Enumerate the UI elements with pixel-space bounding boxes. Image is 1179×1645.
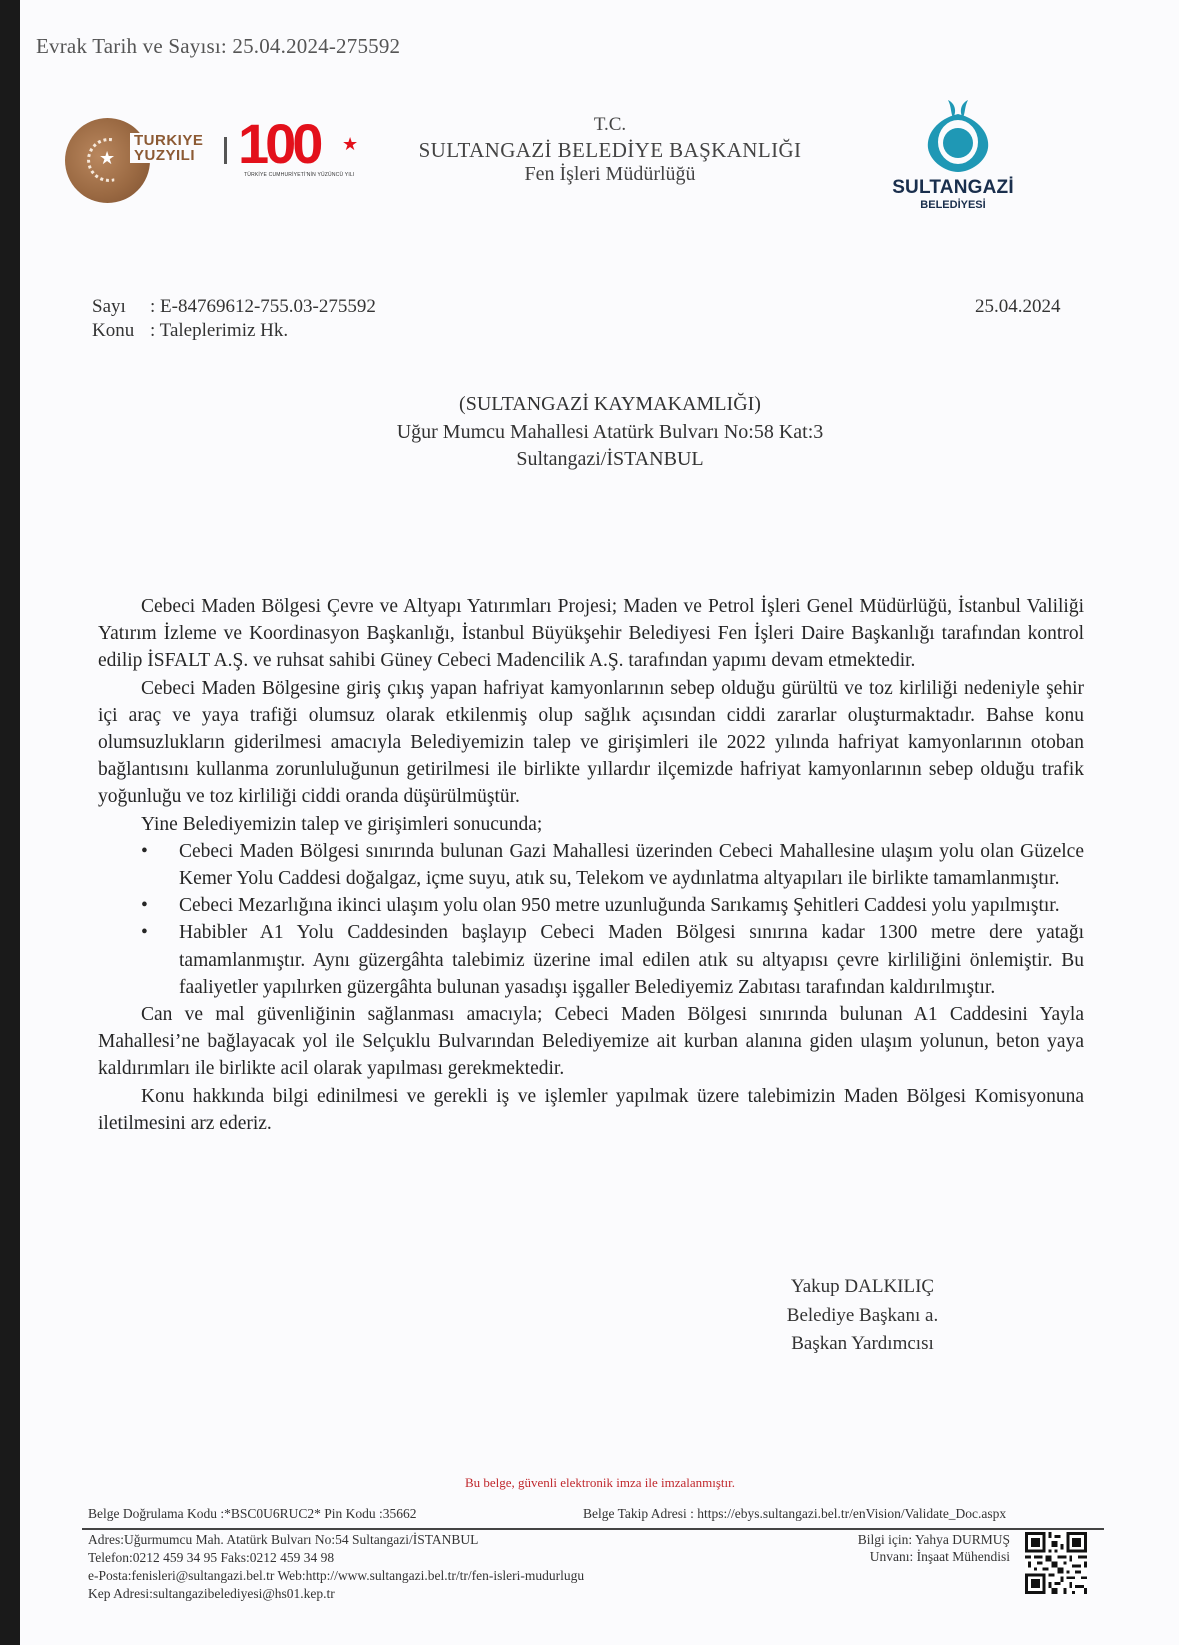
konu-value: : Taleplerimiz Hk.	[150, 320, 288, 341]
qr-code-icon[interactable]	[1025, 1532, 1087, 1594]
list-item-text: Cebeci Mezarlığına ikinci ulaşım yolu ol…	[179, 895, 1060, 916]
signatory-title: Belediye Başkanı a.	[720, 1305, 1005, 1327]
meta-konu: Konu: Taleplerimiz Hk.	[92, 320, 288, 342]
centennial-logo: 100	[238, 116, 319, 172]
header-tc: T.C.	[320, 114, 900, 136]
sultangazi-logo-name: SULTANGAZİ	[878, 177, 1028, 199]
star-icon: ★	[99, 149, 115, 167]
logo-text-line1: TURKIYE	[134, 133, 203, 148]
footer-address: Adres:Uğurmumcu Mah. Atatürk Bulvarı No:…	[88, 1531, 478, 1549]
document-page: Evrak Tarih ve Sayısı: 25.04.2024-275592…	[20, 0, 1179, 1645]
paragraph-2: Cebeci Maden Bölgesine giriş çıkış yapan…	[98, 675, 1084, 811]
info-title: Unvanı: İnşaat Mühendisi	[810, 1548, 1010, 1565]
signatory-position: Başkan Yardımcısı	[720, 1333, 1005, 1355]
konu-label: Konu	[92, 320, 150, 342]
paragraph-5: Konu hakkında bilgi edinilmesi ve gerekl…	[98, 1083, 1084, 1137]
header-department: Fen İşleri Müdürlüğü	[320, 163, 900, 186]
document-date: 25.04.2024	[975, 296, 1061, 318]
bullet-icon: •	[141, 838, 148, 865]
list-item: •Cebeci Mezarlığına ikinci ulaşım yolu o…	[98, 892, 1084, 919]
info-contact: Bilgi için: Yahya DURMUŞ	[810, 1531, 1010, 1548]
sultangazi-logo-sub: BELEDİYESİ	[878, 199, 1028, 211]
bullet-icon: •	[141, 919, 148, 946]
paragraph-1: Cebeci Maden Bölgesi Çevre ve Altyapı Ya…	[98, 593, 1084, 675]
verification-code: Belge Doğrulama Kodu :*BSC0U6RUC2* Pin K…	[88, 1506, 417, 1522]
turkiye-yuzyili-text: TURKIYE YUZYILI	[130, 133, 203, 163]
logo-separator	[224, 137, 227, 164]
paragraph-3: Yine Belediyemizin talep ve girişimleri …	[98, 811, 1084, 838]
logo-text-line2: YUZYILI	[134, 148, 203, 163]
footer-divider	[82, 1528, 1104, 1530]
header-institution: SULTANGAZİ BELEDİYE BAŞKANLIĞI	[320, 138, 900, 163]
list-item: •Cebeci Maden Bölgesi sınırında bulunan …	[98, 838, 1084, 892]
recipient-address: Uğur Mumcu Mahallesi Atatürk Bulvarı No:…	[170, 421, 1050, 444]
sayi-value: : E-84769612-755.03-275592	[150, 296, 376, 317]
letter-body: Cebeci Maden Bölgesi Çevre ve Altyapı Ya…	[98, 593, 1084, 1137]
sayi-label: Sayı	[92, 296, 150, 318]
list-item: •Habibler A1 Yolu Caddesinden başlayıp C…	[98, 919, 1084, 1001]
footer-kep[interactable]: Kep Adresi:sultangazibelediyesi@hs01.kep…	[88, 1585, 335, 1603]
recipient-city: Sultangazi/İSTANBUL	[170, 448, 1050, 471]
paragraph-4: Can ve mal güvenliğinin sağlanması amacı…	[98, 1001, 1084, 1083]
document-date-number: Evrak Tarih ve Sayısı: 25.04.2024-275592	[36, 34, 400, 59]
list-item-text: Cebeci Maden Bölgesi sınırında bulunan G…	[179, 841, 1084, 889]
signatory-name: Yakup DALKILIÇ	[720, 1276, 1005, 1298]
sultangazi-emblem-icon	[918, 96, 998, 176]
footer-phone: Telefon:0212 459 34 95 Faks:0212 459 34 …	[88, 1549, 334, 1567]
tracking-address-link[interactable]: Belge Takip Adresi : https://ebys.sultan…	[583, 1506, 1006, 1522]
meta-sayi: Sayı: E-84769612-755.03-275592	[92, 296, 376, 318]
esignature-notice: Bu belge, güvenli elektronik imza ile im…	[320, 1475, 880, 1491]
list-item-text: Habibler A1 Yolu Caddesinden başlayıp Ce…	[179, 922, 1084, 997]
recipient-name: (SULTANGAZİ KAYMAKAMLIĞI)	[170, 393, 1050, 416]
bullet-icon: •	[141, 892, 148, 919]
footer-email-web[interactable]: e-Posta:fenisleri@sultangazi.bel.tr Web:…	[88, 1567, 584, 1585]
achievements-list: •Cebeci Maden Bölgesi sınırında bulunan …	[98, 838, 1084, 1001]
